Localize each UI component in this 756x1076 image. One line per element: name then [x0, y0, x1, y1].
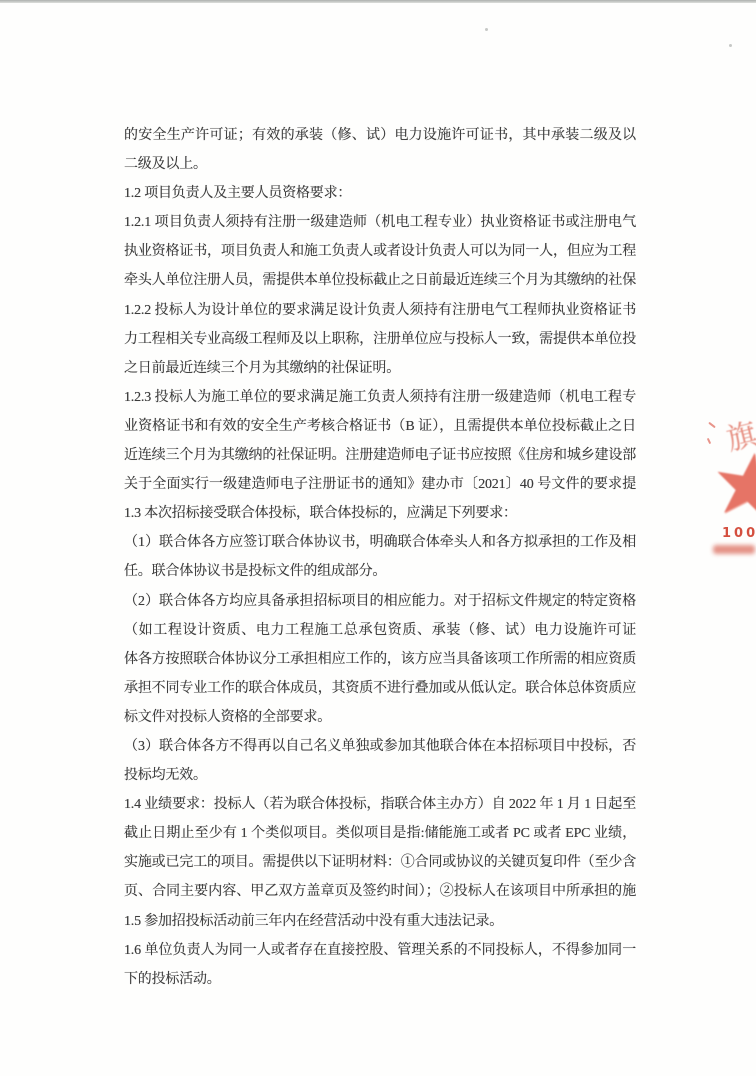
text-line: 1.2 项目负责人及主要人员资格要求： [124, 179, 636, 208]
scan-speck [485, 28, 488, 31]
text-line: 之日前最近连续三个月为其缴纳的社保证明。 [124, 354, 636, 383]
text-line: 1.3 本次招标接受联合体投标，联合体投标的，应满足下列要求： [124, 499, 636, 528]
text-line: （3）联合体各方不得再以自己名义单独或参加其他联合体在本招标项目中投标，否则相关 [124, 732, 636, 761]
seal-star-icon: ★ [706, 436, 756, 535]
text-line: 牵头人单位注册人员，需提供本单位投标截止之日前最近连续三个月为其缴纳的社保证明。 [124, 266, 636, 295]
text-line: 业资格证书和有效的安全生产考核合格证书（B 证），且需提供本单位投标截止之日之前… [124, 412, 636, 441]
text-line: 承担不同专业工作的联合体成员，其资质不进行叠加或从低认定。联合体总体资质应满足招 [124, 674, 636, 703]
text-line: 关于全面实行一级建造师电子注册证书的通知》建办市〔2021〕40 号文件的要求提… [124, 470, 636, 499]
text-line: 二级及以上。 [124, 150, 636, 179]
seal-arc-text: 旗 [721, 409, 756, 459]
text-line: 下的投标活动。 [124, 965, 636, 994]
text-line: 1.2.1 项目负责人须持有注册一级建造师（机电工程专业）执业资格证书或注册电气… [124, 208, 636, 237]
scanned-document-page: 的安全生产许可证；有效的承装（修、试）电力设施许可证书，其中承装二级及以上、承试… [0, 0, 756, 1076]
text-line: （1）联合体各方应签订联合体协议书，明确联合体牵头人和各方拟承担的工作及相应的责 [124, 528, 636, 557]
scan-speck [729, 44, 732, 47]
text-line: 投标均无效。 [124, 761, 636, 790]
text-line: 1.4 业绩要求：投标人（若为联合体投标，指联合体主办方）自 2022 年 1 … [124, 790, 636, 819]
text-line: 截止日期止至少有 1 个类似项目。类似项目是指:储能施工或者 PC 或者 EPC… [124, 819, 636, 848]
text-line: 页、合同主要内容、甲乙双方盖章页及签约时间）；②投标人在该项目中所承担的施工内容… [124, 877, 636, 906]
text-line: 1.2.3 投标人为施工单位的要求满足施工负责人须持有注册一级建造师（机电工程专… [124, 383, 636, 412]
text-line: 近连续三个月为其缴纳的社保证明。注册建造师电子证书应按照《住房和城乡建设部办公厅 [124, 441, 636, 470]
text-line: 1.6 单位负责人为同一人或者存在直接控股、管理关系的不同投标人，不得参加同一合… [124, 936, 636, 965]
text-line: 1.5 参加招投标活动前三年内在经营活动中没有重大违法记录。 [124, 907, 636, 936]
text-line: 执业资格证书，项目负责人和施工负责人或者设计负责人可以为同一人，但应为工程总承包 [124, 237, 636, 266]
seal-arc-stroke [708, 422, 716, 429]
document-body: 的安全生产许可证；有效的承装（修、试）电力设施许可证书，其中承装二级及以上、承试… [124, 121, 636, 994]
seal-smudge [713, 545, 755, 554]
seal-number: 100 [722, 526, 756, 541]
text-line: （如工程设计资质、电力工程施工总承包资质、承装（修、试）电力设施许可证等），联合 [124, 616, 636, 645]
text-line: 1.2.2 投标人为设计单位的要求满足设计负责人须持有注册电气工程师执业资格证书… [124, 296, 636, 325]
scan-edge-artifact [0, 0, 756, 3]
text-line: （2）联合体各方均应具备承担招标项目的相应能力。对于招标文件规定的特定资格条件 [124, 587, 636, 616]
red-seal-stamp: 旗 ★ 100 [706, 408, 756, 578]
text-line: 实施或已完工的项目。需提供以下证明材料：①合同或协议的关键页复印件（至少含合同首 [124, 848, 636, 877]
seal-arc-stroke [707, 438, 711, 444]
text-line: 标文件对投标人资格的全部要求。 [124, 703, 636, 732]
text-line: 任。联合体协议书是投标文件的组成部分。 [124, 557, 636, 586]
text-line: 的安全生产许可证；有效的承装（修、试）电力设施许可证书，其中承装二级及以上、承试 [124, 121, 636, 150]
text-line: 力工程相关专业高级工程师及以上职称，注册单位应与投标人一致，需提供本单位投标截止 [124, 325, 636, 354]
text-line: 体各方按照联合体协议分工承担相应工作的，该方应当具备该项工作所需的相应资质条件。 [124, 645, 636, 674]
